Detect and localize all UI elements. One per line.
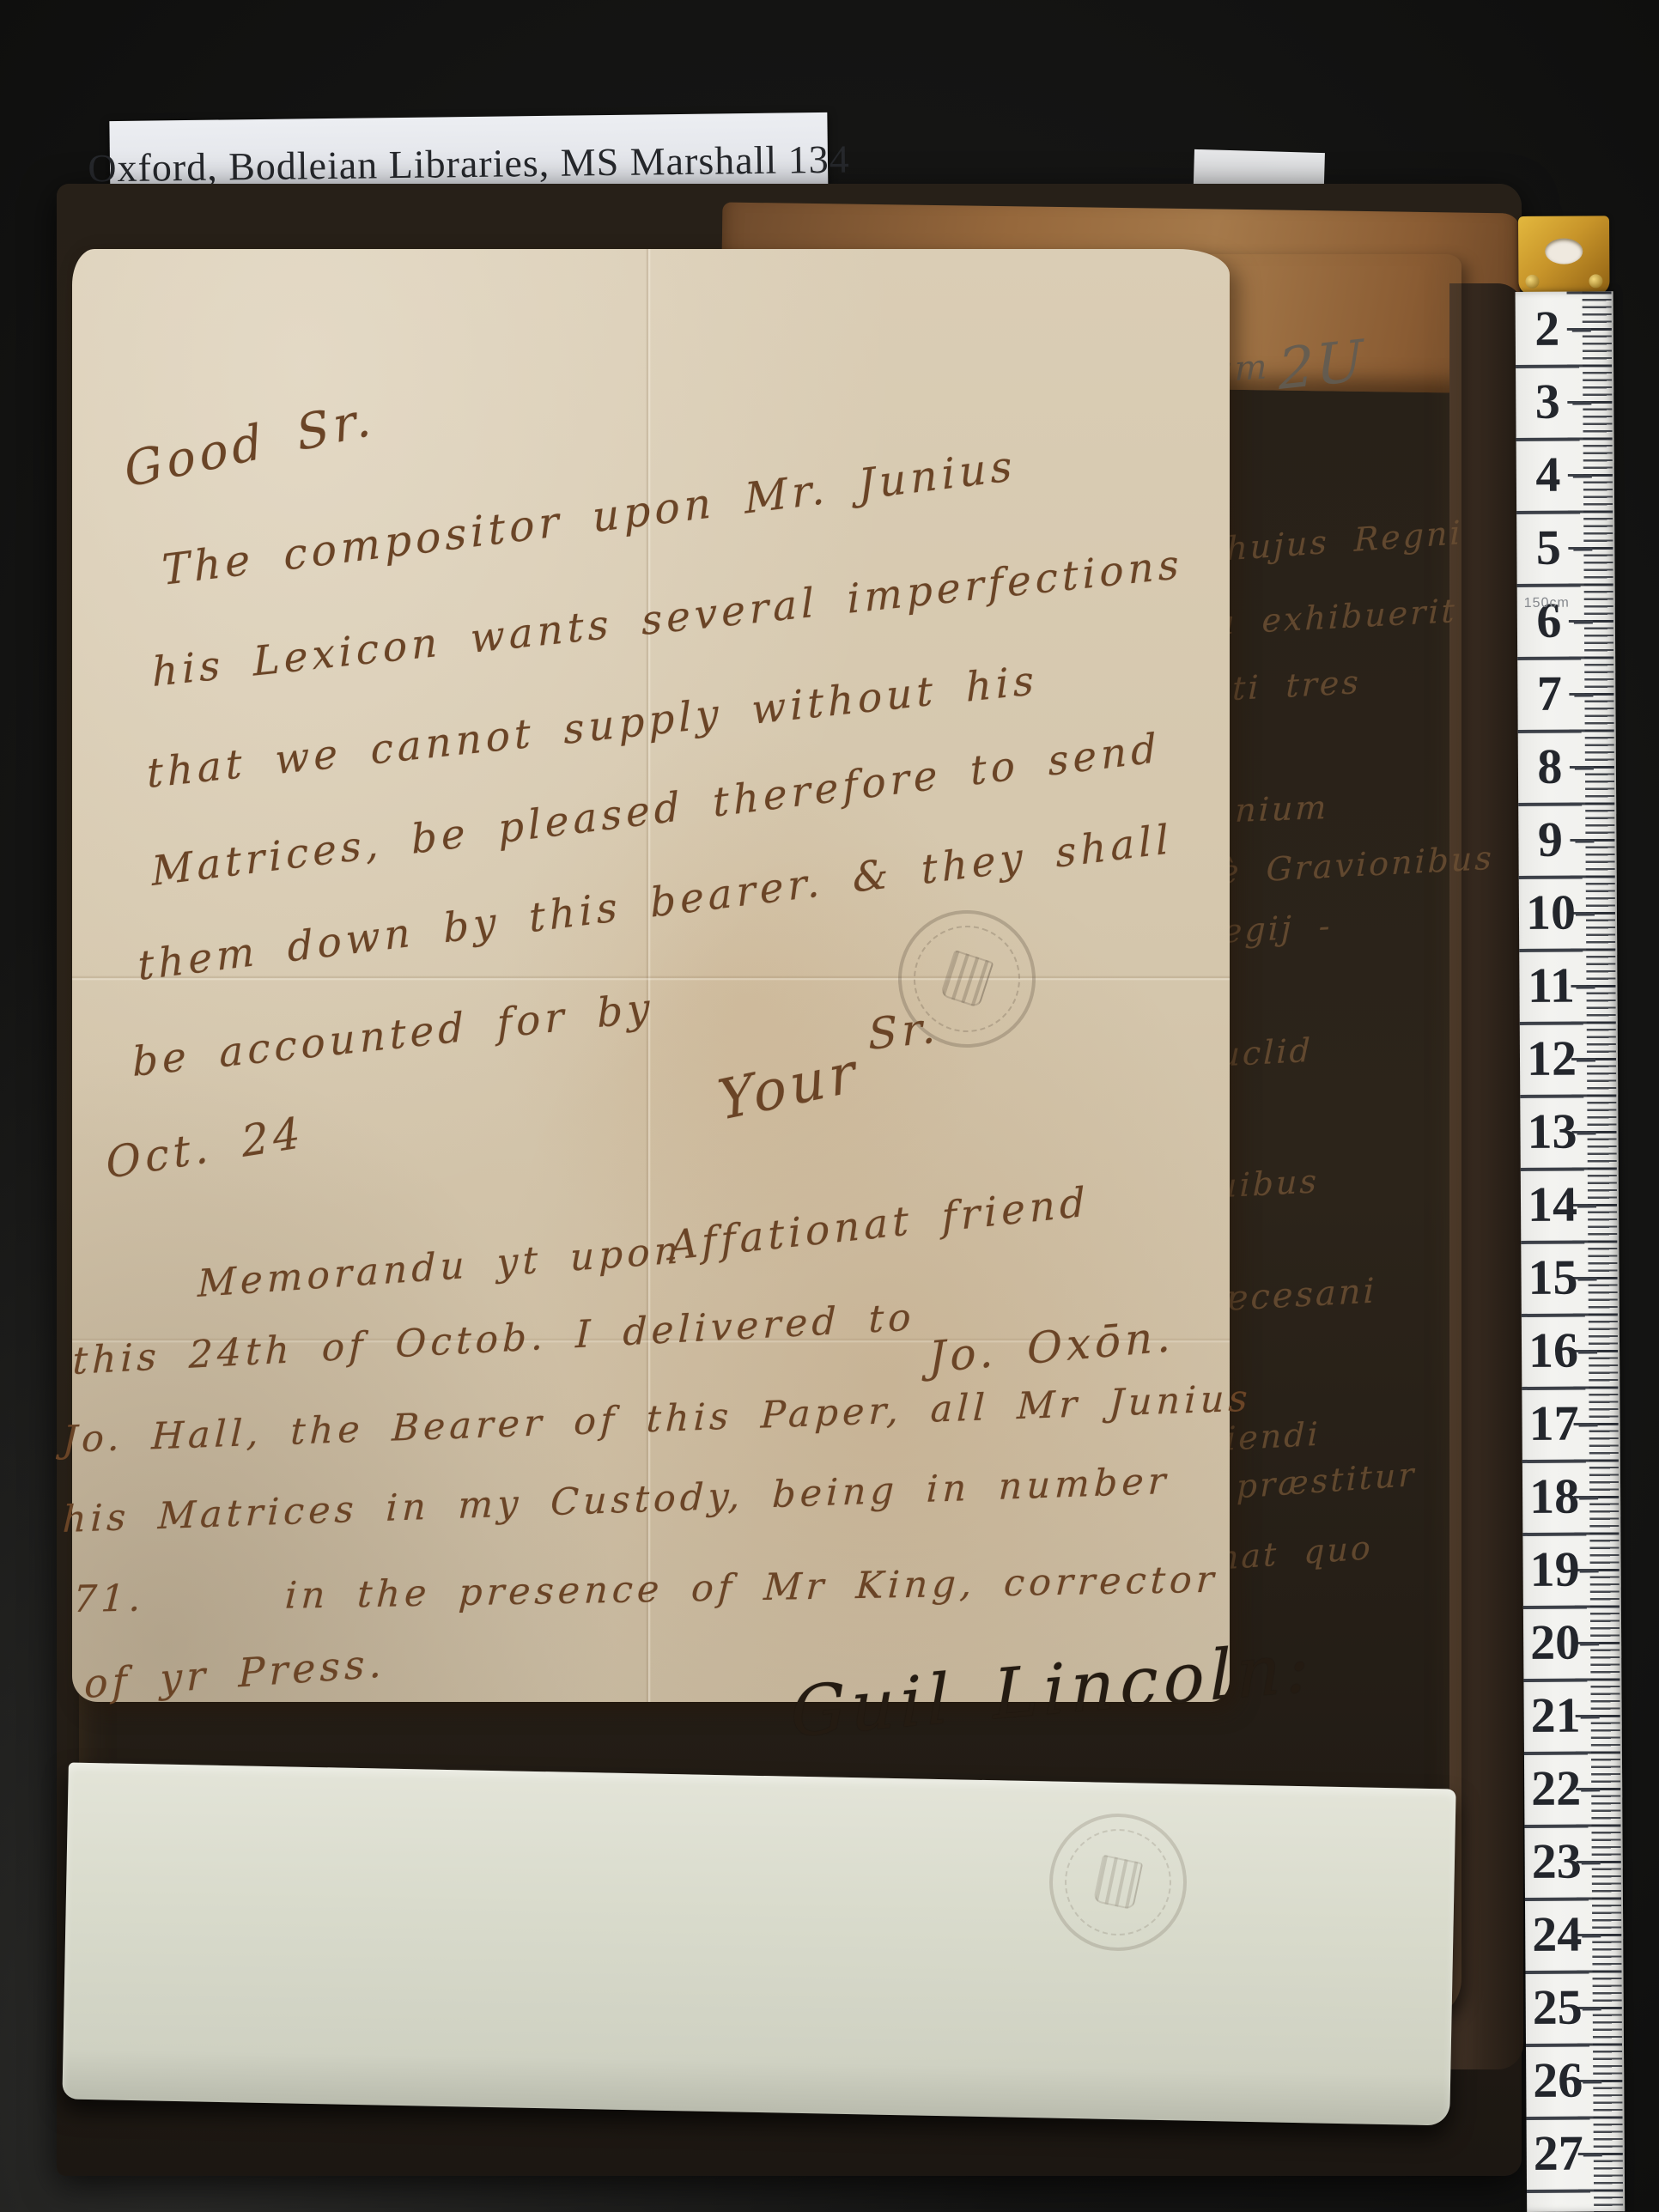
ruler-cm-mark: 11	[1519, 949, 1583, 1025]
ruler-cm-number: 26	[1533, 2051, 1583, 2109]
pencil-annotation: 2U	[1277, 327, 1366, 403]
ruler-cm-mark: 23	[1524, 1825, 1589, 1901]
ruler-cm-number: 15	[1528, 1249, 1577, 1306]
ruler-cm-number: 2	[1534, 300, 1559, 357]
ruler-cm-number: 7	[1537, 665, 1562, 722]
ruler-cm-number: 24	[1532, 1905, 1582, 1963]
brass-fitting	[1518, 216, 1610, 295]
ruler-half-dash	[1582, 1934, 1601, 1937]
ruler-half-dash	[1583, 2153, 1602, 2156]
ruler-cm-mark: 5	[1516, 511, 1581, 587]
ruler-half-dash	[1572, 328, 1591, 331]
ruler-half-dash	[1576, 985, 1595, 988]
ruler-cm-number: 19	[1529, 1540, 1579, 1598]
ruler-half-dash	[1575, 766, 1594, 769]
ruler-cm-mark: 16	[1522, 1314, 1586, 1390]
ruler-half-dash	[1574, 620, 1593, 623]
ruler-half-dash	[1577, 1131, 1596, 1134]
ruler-cm-mark: 3	[1516, 365, 1580, 441]
ruler-cm-mark: 8	[1518, 730, 1583, 806]
ruler-cm-number: 10	[1526, 884, 1576, 941]
ruler-cm-mark: 2	[1516, 292, 1580, 368]
brass-hole	[1545, 239, 1583, 264]
ruler-half-dash	[1576, 912, 1595, 915]
ruler-cm-mark: 17	[1522, 1387, 1586, 1463]
ruler-cm-mark: 26	[1526, 2044, 1590, 2120]
ruler-half-dash	[1580, 1569, 1599, 1572]
ruler-cm-number: 17	[1528, 1395, 1578, 1452]
ruler-half-dash	[1574, 693, 1593, 696]
ruler-half-dash	[1580, 1642, 1599, 1645]
ruler-cm-mark: 10	[1519, 876, 1583, 952]
ruler-cm-number: 5	[1536, 519, 1561, 576]
ruler-cm-mark: 21	[1523, 1679, 1588, 1755]
stamp-crest-icon	[940, 950, 994, 1008]
ruler-cm-mark: 18	[1522, 1460, 1587, 1536]
ruler-cm-mark: 20	[1523, 1606, 1588, 1682]
ruler-cm-number: 3	[1535, 373, 1560, 430]
ruler-cm-number: 23	[1531, 1832, 1581, 1890]
ruler-half-dash	[1577, 1058, 1595, 1061]
ruler-cm-number: 13	[1527, 1103, 1577, 1160]
ruler-cm-number: 9	[1538, 811, 1563, 868]
ruler-cm-number: 16	[1528, 1322, 1578, 1379]
ruler-cm-number: 25	[1533, 1978, 1583, 2036]
ruler-cm-mark: 15	[1521, 1241, 1585, 1317]
ruler-cm-mark: 7	[1517, 657, 1582, 733]
ruler-half-dash	[1581, 1715, 1600, 1718]
ruler-unit-label: 150cm	[1524, 596, 1570, 611]
ruler-half-dash	[1583, 2080, 1601, 2083]
ruler-cm-number: 14	[1528, 1176, 1577, 1233]
ruler-half-dash	[1583, 2007, 1601, 2010]
stamp-crest-icon	[1093, 1855, 1144, 1911]
brass-rivet	[1525, 275, 1539, 289]
ruler-half-dash	[1573, 547, 1592, 550]
ruler-cm-number: 21	[1530, 1686, 1580, 1744]
ruler-cm-number: 22	[1531, 1759, 1581, 1817]
letter-line: Sr.	[867, 1002, 940, 1060]
bottom-leaf	[62, 1763, 1455, 2126]
ruler-half-dash	[1573, 474, 1592, 477]
ruler-cm-mark: 12	[1520, 1022, 1584, 1098]
ruler-cm-mark: 14	[1521, 1168, 1585, 1244]
ruler-cm-number: 27	[1534, 2124, 1583, 2182]
ruler-cm-number: 18	[1529, 1468, 1579, 1525]
ruler-cm-mark: 4	[1516, 438, 1581, 514]
ruler-cm-number: 20	[1530, 1613, 1580, 1671]
ruler-cm-mark: 19	[1522, 1533, 1587, 1609]
shelfmark-text: Oxford, Bodleian Libraries, MS Marshall …	[88, 136, 850, 191]
ruler-cm-mark: 25	[1525, 1971, 1589, 2047]
ruler-cm-mark: 22	[1524, 1752, 1589, 1828]
ruler-cm-mark: 13	[1520, 1095, 1584, 1171]
ruler-half-dash	[1579, 1496, 1598, 1499]
ruler-half-dash	[1581, 1788, 1600, 1791]
ruler-half-dash	[1579, 1423, 1598, 1426]
ruler-half-dash	[1575, 839, 1594, 842]
ruler-cm-number: 4	[1535, 446, 1560, 503]
ruler-cm-number: 11	[1528, 957, 1575, 1014]
ruler-cm-mark: 9	[1518, 803, 1583, 879]
ruler-tape: 2345678910111213141516171819202122232425…	[1516, 291, 1626, 2212]
ruler-half-dash	[1572, 401, 1591, 404]
ruler-half-dash	[1578, 1350, 1597, 1353]
ruler-cm-mark: 27	[1527, 2117, 1591, 2193]
brass-rivet	[1589, 274, 1602, 288]
ruler-cm-number: 8	[1537, 738, 1562, 795]
ruler-cm-number: 12	[1527, 1030, 1577, 1087]
ruler: 2345678910111213141516171819202122232425…	[1515, 216, 1625, 2212]
ruler-half-dash	[1582, 1861, 1601, 1864]
ruler-cm-mark: 24	[1525, 1898, 1589, 1974]
ruler-half-dash	[1577, 1204, 1596, 1207]
ruler-half-dash	[1578, 1277, 1597, 1280]
